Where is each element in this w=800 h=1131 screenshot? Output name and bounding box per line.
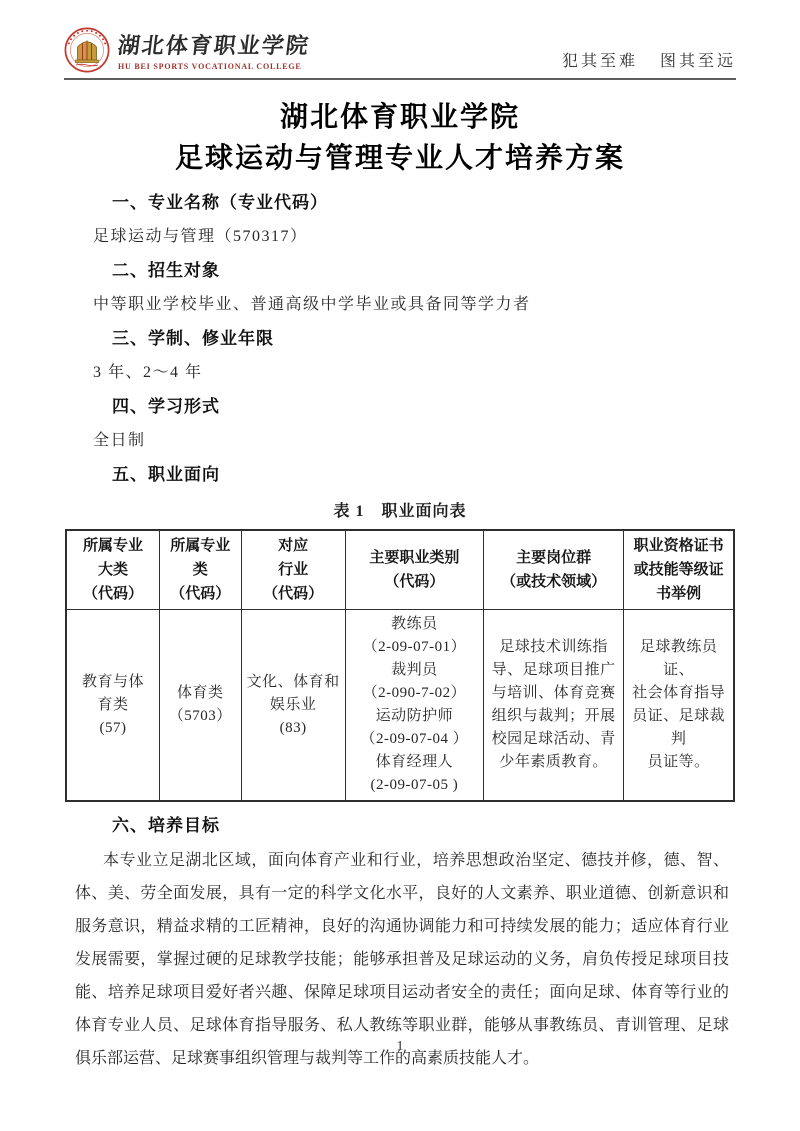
- section-body-1: 足球运动与管理（570317）: [93, 226, 735, 247]
- goal-line-1: 本专业立足湖北区域，面向体育产业和行业，培养思想政治坚定、德技并修，德、智、: [75, 844, 729, 877]
- occupation-table: 所属专业 大类 （代码） 所属专业 类 （代码） 对应 行业 （代码） 主要职业…: [65, 529, 735, 802]
- college-name-block: 湖北体育职业学院 HU BEI SPORTS VOCATIONAL COLLEG…: [118, 29, 310, 71]
- col-header-post-group: 主要岗位群 （或技术领域）: [483, 530, 623, 610]
- section-heading-1: 一、专业名称（专业代码）: [112, 191, 735, 214]
- college-name-en: HU BEI SPORTS VOCATIONAL COLLEGE: [118, 62, 310, 71]
- col-header-certificates: 职业资格证书 或技能等级证 书举例: [624, 530, 734, 610]
- document-title-line-2: 足球运动与管理专业人才培养方案: [0, 138, 800, 179]
- section-heading-5: 五、职业面向: [112, 463, 735, 486]
- cell-industry: 文化、体育和 娱乐业 (83): [241, 610, 345, 802]
- document-title-line-1: 湖北体育职业学院: [0, 97, 800, 138]
- section-heading-4: 四、学习形式: [112, 395, 735, 418]
- cell-major-category: 教育与体 育类 (57): [66, 610, 160, 802]
- page-header: 湖北体育职业学院 HU BEI SPORTS VOCATIONAL COLLEG…: [64, 26, 736, 80]
- slogan-right: 图其至远: [660, 53, 736, 70]
- college-name-zh: 湖北体育职业学院: [116, 29, 312, 60]
- header-slogan: 犯其至难图其至远: [562, 48, 736, 73]
- cell-post-group: 足球技术训练指 导、足球项目推广 与培训、体育竞赛 组织与裁判；开展 校园足球活…: [483, 610, 623, 802]
- table-caption: 表 1 职业面向表: [65, 498, 735, 521]
- section-heading-3: 三、学制、修业年限: [112, 327, 735, 350]
- college-seal-icon: [64, 27, 110, 73]
- col-header-industry: 对应 行业 （代码）: [241, 530, 345, 610]
- cell-certificates: 足球教练员证、 社会体育指导 员证、足球裁判 员证等。: [624, 610, 734, 802]
- college-logo: 湖北体育职业学院 HU BEI SPORTS VOCATIONAL COLLEG…: [64, 27, 310, 73]
- goal-line-5: 能、培养足球项目爱好者兴趣、保障足球项目运动者安全的责任；面向足球、体育等行业的: [75, 976, 729, 1009]
- section-body-2: 中等职业学校毕业、普通高级中学毕业或具备同等学力者: [93, 294, 735, 315]
- goal-line-4: 发展需要，掌握过硬的足球教学技能；能够承担普及足球运动的义务，肩负传授足球项目技: [75, 943, 729, 976]
- document-body: 一、专业名称（专业代码） 足球运动与管理（570317） 二、招生对象 中等职业…: [0, 191, 800, 1075]
- goal-line-2: 体、美、劳全面发展，具有一定的科学文化水平，良好的人文素养、职业道德、创新意识和: [75, 877, 729, 910]
- section-body-4: 全日制: [93, 430, 735, 451]
- section-heading-6: 六、培养目标: [112, 814, 735, 837]
- cell-occupation-type: 教练员 （2-09-07-01） 裁判员 （2-090-7-02） 运动防护师 …: [345, 610, 483, 802]
- goal-line-6: 体育专业人员、足球体育指导服务、私人教练等职业群，能够从事教练员、青训管理、足球: [75, 1009, 729, 1042]
- goal-line-3: 服务意识，精益求精的工匠精神，良好的沟通协调能力和可持续发展的能力；适应体育行业: [75, 910, 729, 943]
- document-title: 湖北体育职业学院 足球运动与管理专业人才培养方案: [0, 97, 800, 179]
- col-header-major-class: 所属专业 类 （代码）: [160, 530, 241, 610]
- slogan-left: 犯其至难: [562, 53, 638, 70]
- cell-major-class: 体育类 （5703）: [160, 610, 241, 802]
- table-header-row: 所属专业 大类 （代码） 所属专业 类 （代码） 对应 行业 （代码） 主要职业…: [66, 530, 734, 610]
- section-heading-2: 二、招生对象: [112, 259, 735, 282]
- col-header-major-category: 所属专业 大类 （代码）: [66, 530, 160, 610]
- document-page: 湖北体育职业学院 HU BEI SPORTS VOCATIONAL COLLEG…: [0, 0, 800, 1131]
- page-number: 1: [0, 1039, 800, 1055]
- col-header-occupation-type: 主要职业类别 （代码）: [345, 530, 483, 610]
- section-body-3: 3 年、2～4 年: [93, 362, 735, 383]
- table-row: 教育与体 育类 (57) 体育类 （5703） 文化、体育和 娱乐业 (83) …: [66, 610, 734, 802]
